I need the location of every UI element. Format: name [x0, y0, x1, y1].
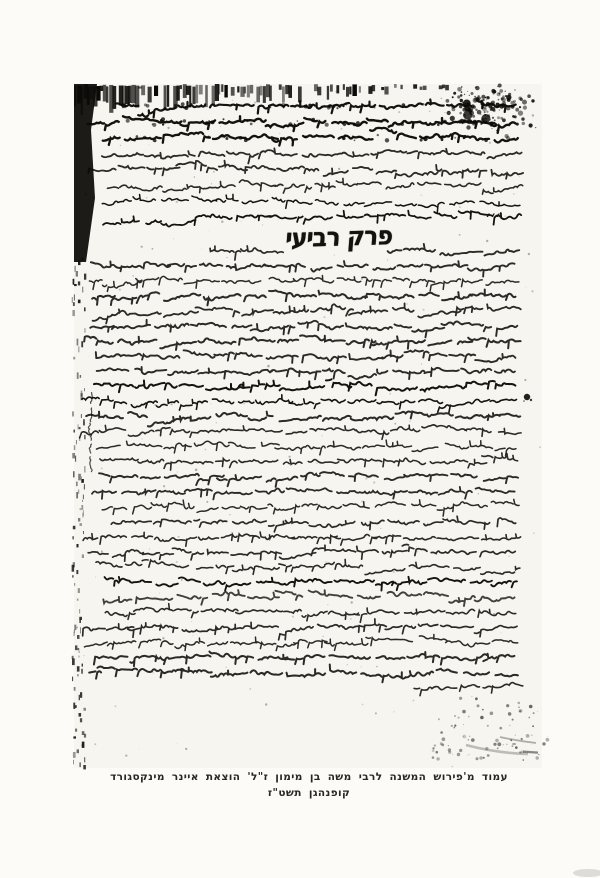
caption-line-1: עמוד מ'פירוש המשנה לרבי משה בן מימון ז"ל… [74, 769, 544, 785]
caption: עמוד מ'פירוש המשנה לרבי משה בן מימון ז"ל… [74, 769, 544, 801]
caption-line-2: קופנהגן תשט"ז [74, 785, 544, 801]
manuscript-ink-svg [0, 0, 600, 878]
chapter-heading: פרק רביעי [290, 217, 393, 258]
facsimile-page: פרק רביעי ''' עמוד מ'פירוש המשנה לרבי מש… [0, 0, 600, 878]
